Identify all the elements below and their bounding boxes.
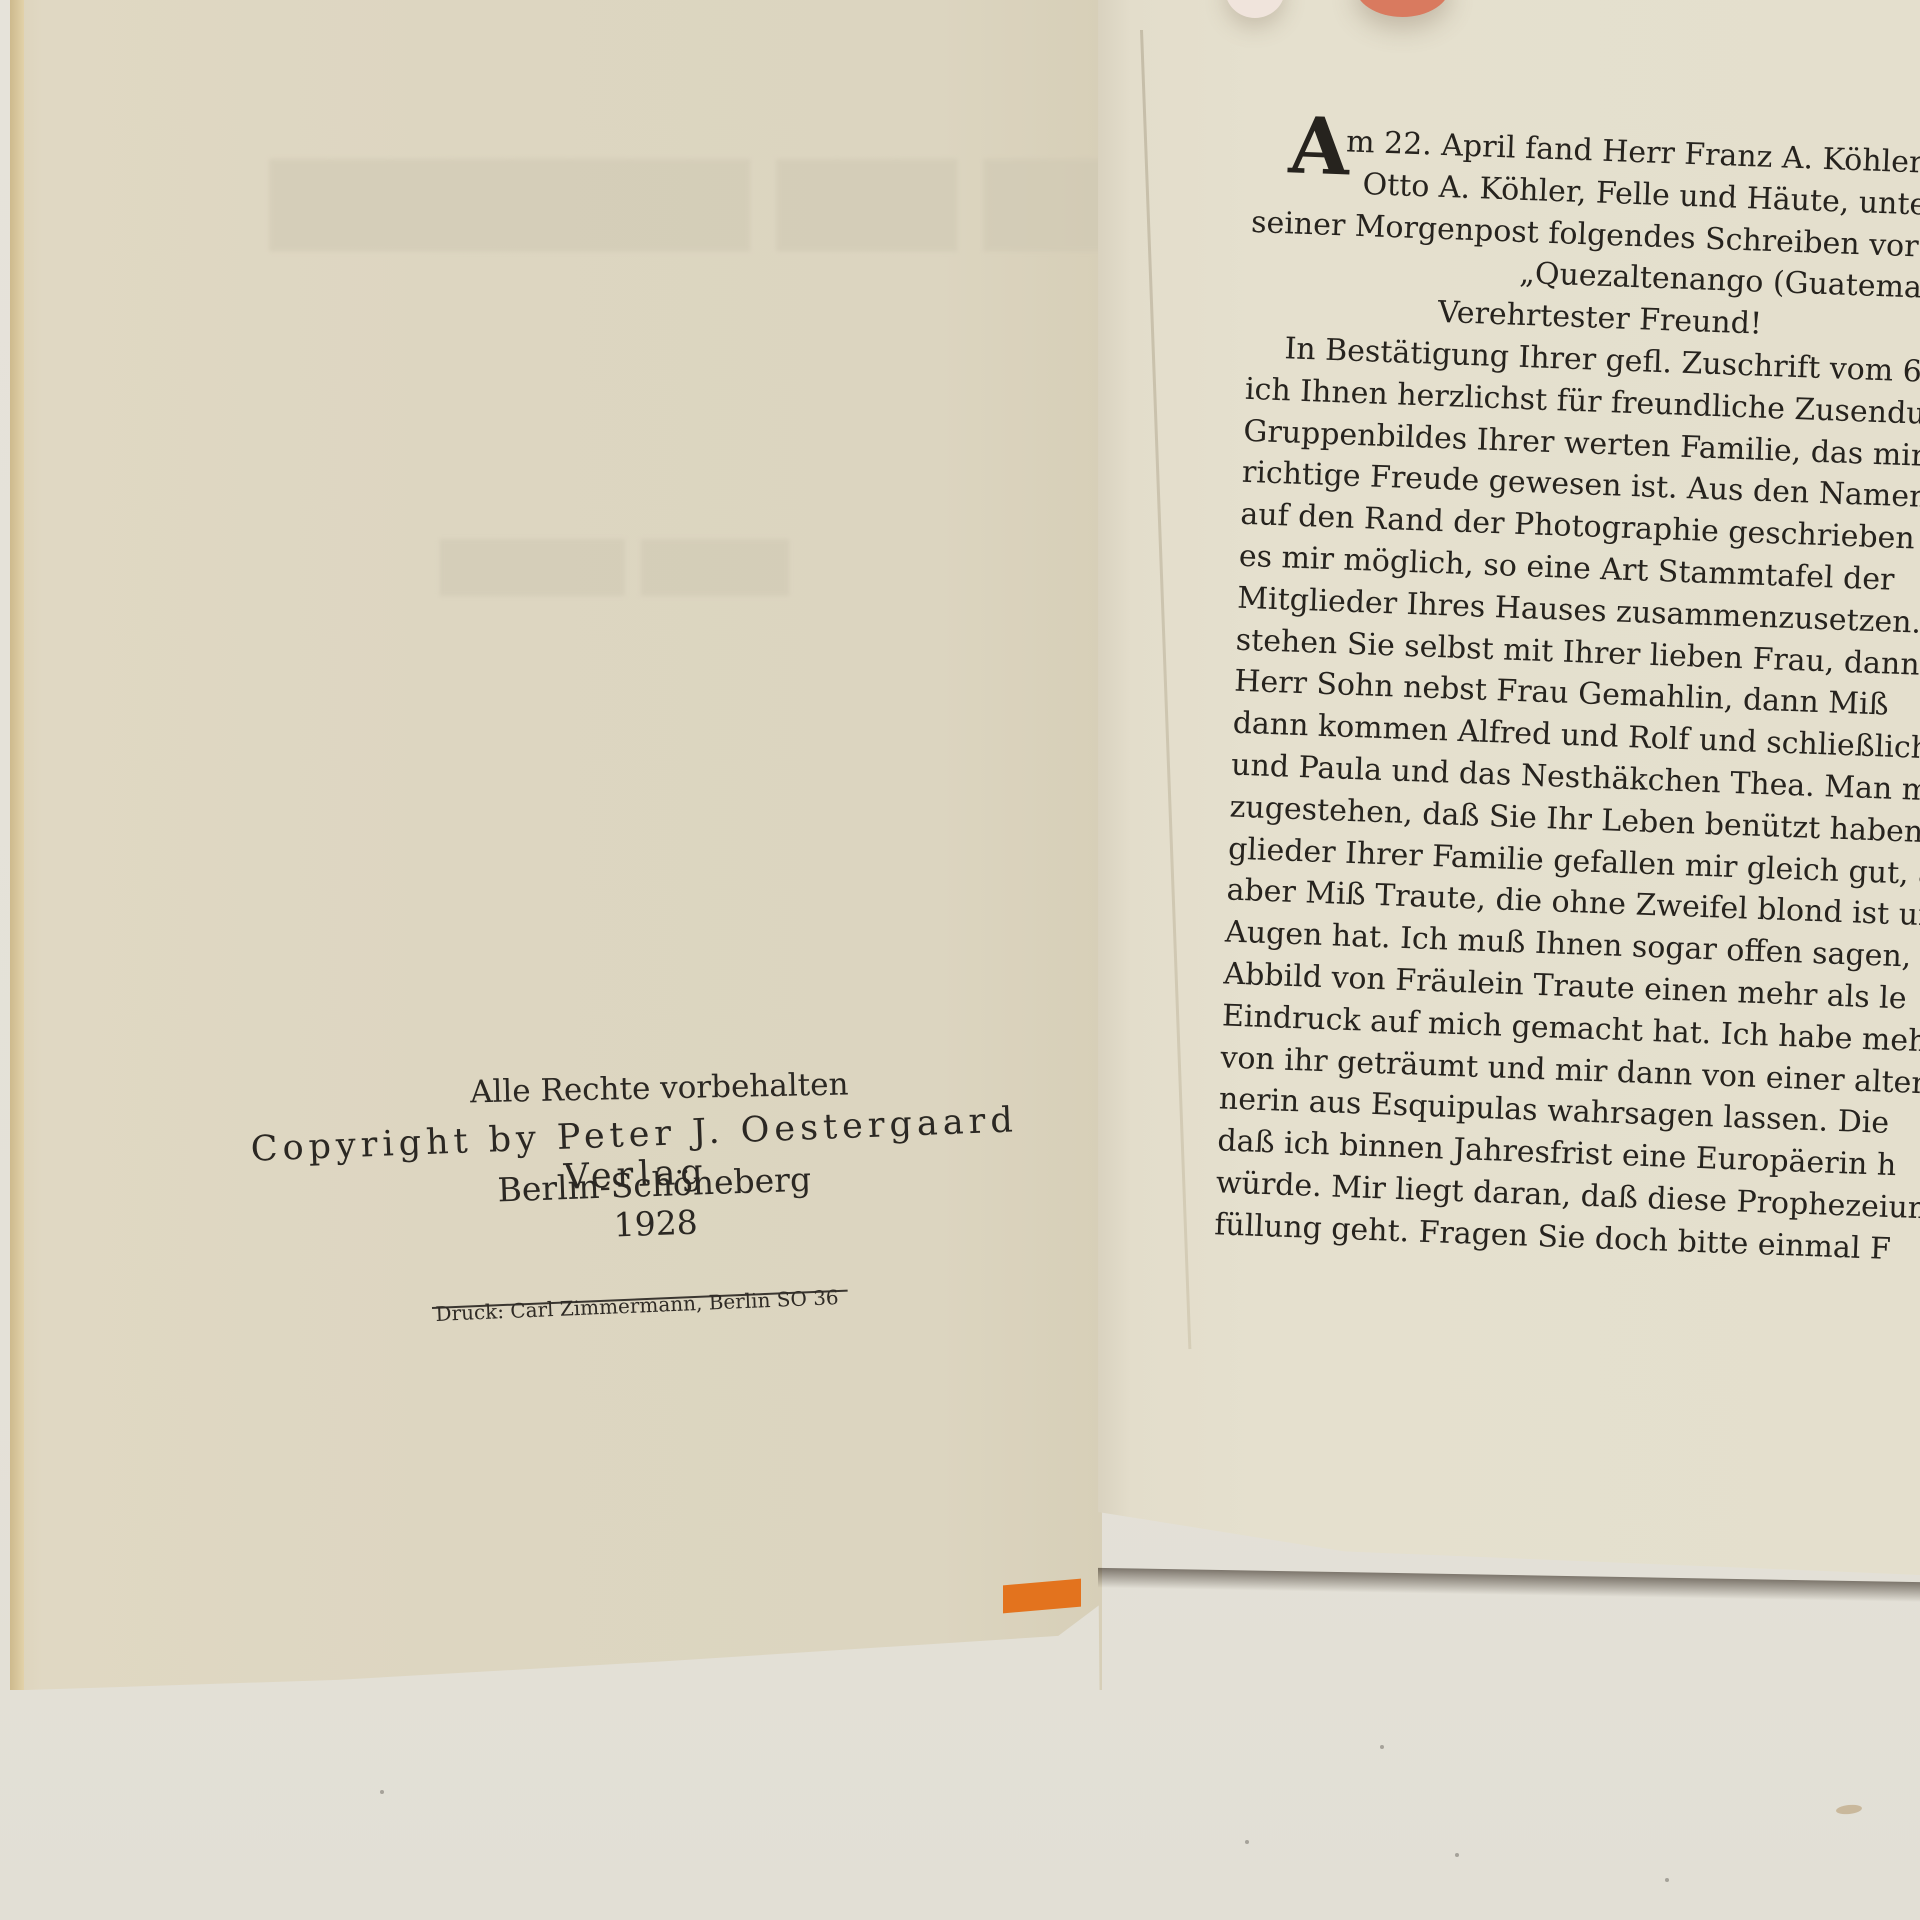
dust-speck: [1455, 1853, 1459, 1857]
drop-cap: A: [1288, 107, 1351, 187]
place-year: Berlin-Schöneberg 1928: [459, 1158, 851, 1250]
dust-speck: [380, 1790, 384, 1794]
dust-speck: [1380, 1745, 1384, 1749]
bleed-through-subtitle: █████ ████: [440, 540, 789, 596]
dust-speck: [1245, 1840, 1249, 1844]
dust-speck: [1665, 1878, 1669, 1882]
letter-text-block: A m 22. April fand Herr Franz A. Köhler,…: [1214, 118, 1920, 1271]
left-page: ████████ ███ ████ █████ ████: [10, 0, 1102, 1690]
page-edge: [10, 0, 24, 1690]
bleed-through-title: ████████ ███ ████: [270, 160, 1224, 251]
